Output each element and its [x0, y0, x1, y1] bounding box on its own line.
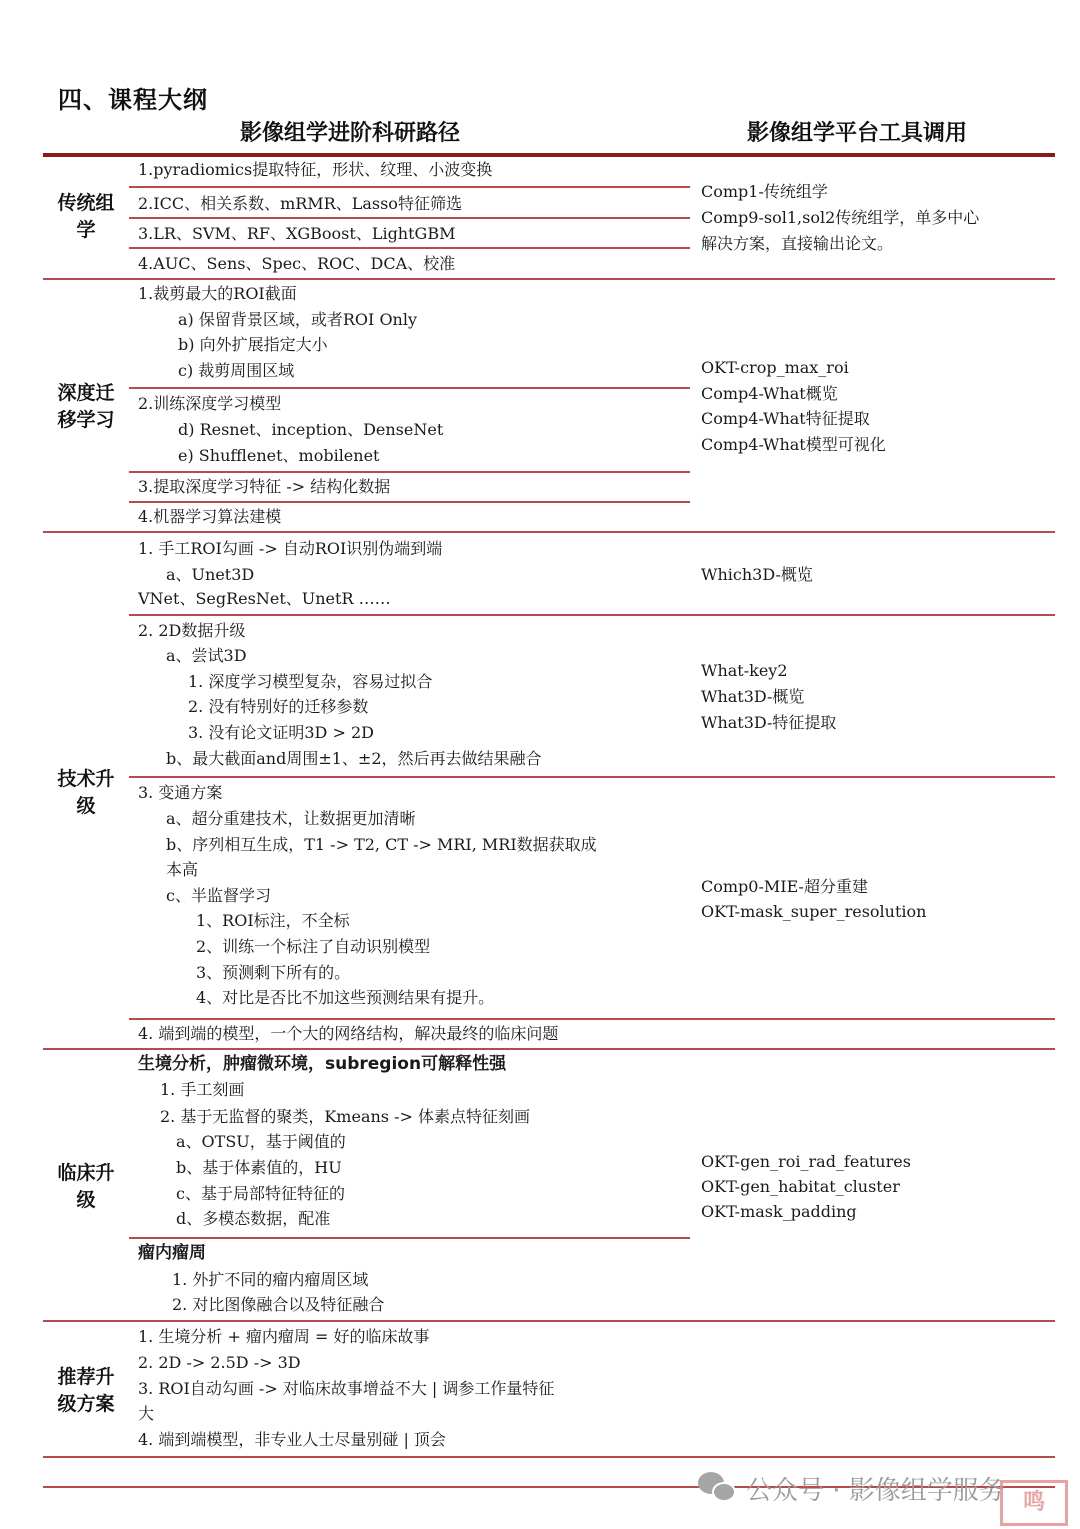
section-divider	[43, 1320, 1055, 1322]
category-label-line: 移学习	[43, 407, 129, 434]
category-recommended-upgrade: 推荐升 级方案	[43, 1364, 129, 1418]
outline-subitem: VNet、SegResNet、UnetR ……	[138, 589, 391, 609]
watermark-text: 公众号 · 影像组学服务	[746, 1470, 1005, 1507]
outline-item: 3. 变通方案	[138, 783, 222, 803]
outline-heading: 瘤内瘤周	[138, 1243, 206, 1263]
seal-stamp: 鸣	[1000, 1480, 1068, 1526]
section-divider	[43, 1048, 1055, 1050]
outline-subitem: 3、预测剩下所有的。	[196, 963, 350, 983]
outline-subitem: b、最大截面and周围±1、±2，然后再去做结果融合	[166, 749, 542, 769]
outline-item: 2. 基于无监督的聚类，Kmeans -> 体素点特征刻画	[160, 1107, 530, 1127]
outline-subitem: a、Unet3D	[166, 565, 254, 585]
category-label-line: 临床升	[43, 1160, 129, 1187]
tool-item: 解决方案，直接输出论文。	[701, 234, 893, 254]
outline-item: 1.裁剪最大的ROI截面	[138, 284, 297, 304]
category-label-line: 深度迁	[43, 380, 129, 407]
category-label-line: 级方案	[43, 1391, 129, 1418]
outline-subitem: 2、训练一个标注了自动识别模型	[196, 937, 430, 957]
category-technical-upgrade: 技术升 级	[43, 766, 129, 820]
tool-item: What-key2	[701, 661, 788, 681]
outline-subitem: a、超分重建技术，让数据更加清晰	[166, 809, 416, 829]
wechat-icon	[698, 1472, 738, 1506]
tool-item: Comp9-sol1,sol2传统组学，单多中心	[701, 208, 979, 228]
outline-subitem: e) Shufflenet、mobilenet	[178, 446, 379, 466]
tool-item: What3D-特征提取	[701, 713, 836, 733]
tool-item: OKT-mask_padding	[701, 1202, 857, 1222]
outline-subitem: a、OTSU，基于阈值的	[176, 1132, 346, 1152]
row-divider	[129, 776, 1055, 778]
outline-item: 4.机器学习算法建模	[138, 507, 281, 527]
outline-item: 3. ROI自动勾画 -> 对临床故事增益不大 | 调参工作量特征	[138, 1379, 554, 1399]
row-divider	[129, 471, 690, 473]
category-label-line: 推荐升	[43, 1364, 129, 1391]
section-divider	[43, 278, 1055, 280]
tool-item: OKT-crop_max_roi	[701, 358, 849, 378]
outline-heading: 生境分析，肿瘤微环境，subregion可解释性强	[138, 1054, 506, 1074]
outline-item: 2. 2D数据升级	[138, 621, 245, 641]
category-label-line: 传统组	[43, 190, 129, 217]
row-divider	[129, 387, 690, 389]
row-divider	[129, 247, 690, 249]
outline-subitem: 2. 没有特别好的迁移参数	[188, 697, 368, 717]
tool-item: Comp1-传统组学	[701, 182, 828, 202]
outline-subitem: 3. 没有论文证明3D > 2D	[188, 723, 374, 743]
tool-item: Which3D-概览	[701, 565, 813, 585]
column-header-platform-tools: 影像组学平台工具调用	[747, 116, 967, 147]
outline-subitem: b、序列相互生成，T1 -> T2, CT -> MRI, MRI数据获取成	[166, 835, 597, 855]
category-label-line: 学	[43, 217, 129, 244]
tool-item: Comp0-MIE-超分重建	[701, 877, 868, 897]
outline-subitem: a、尝试3D	[166, 646, 247, 666]
outline-subitem: a) 保留背景区域，或者ROI Only	[178, 310, 417, 330]
category-deep-transfer-learning: 深度迁 移学习	[43, 380, 129, 434]
tool-item: What3D-概览	[701, 687, 804, 707]
section-divider	[43, 531, 1055, 533]
outline-subitem: 1. 深度学习模型复杂，容易过拟合	[188, 672, 432, 692]
section-divider	[43, 1456, 1055, 1458]
outline-item: 1. 生境分析 + 瘤内瘤周 = 好的临床故事	[138, 1327, 430, 1347]
outline-item: 3.提取深度学习特征 -> 结构化数据	[138, 477, 390, 497]
category-clinical-upgrade: 临床升 级	[43, 1160, 129, 1214]
tool-item: OKT-gen_habitat_cluster	[701, 1177, 900, 1197]
column-header-research-path: 影像组学进阶科研路径	[240, 116, 460, 147]
outline-item: 3.LR、SVM、RF、XGBoost、LightGBM	[138, 224, 455, 244]
outline-subitem: d) Resnet、inception、DenseNet	[178, 420, 443, 440]
outline-subitem: 本高	[166, 860, 198, 880]
category-label-line: 技术升	[43, 766, 129, 793]
outline-subitem: b、基于体素值的，HU	[176, 1158, 342, 1178]
outline-item: 2. 对比图像融合以及特征融合	[172, 1295, 384, 1315]
row-divider	[129, 217, 690, 219]
category-label-line: 级	[43, 793, 129, 820]
tool-item: OKT-mask_super_resolution	[701, 902, 926, 922]
outline-item: 1. 外扩不同的瘤内瘤周区域	[172, 1270, 368, 1290]
outline-item: 4. 端到端模型，非专业人士尽量别碰 | 顶会	[138, 1430, 446, 1450]
row-divider	[129, 1018, 1055, 1020]
outline-item: 2.训练深度学习模型	[138, 394, 281, 414]
header-divider	[43, 153, 1055, 157]
outline-subitem: c) 裁剪周围区域	[178, 361, 294, 381]
outline-item: 大	[138, 1404, 154, 1424]
outline-item: 2. 2D -> 2.5D -> 3D	[138, 1353, 301, 1373]
watermark: 公众号 · 影像组学服务	[698, 1470, 1005, 1507]
outline-subitem: b) 向外扩展指定大小	[178, 335, 328, 355]
outline-subitem: 4、对比是否比不加这些预测结果有提升。	[196, 988, 494, 1008]
outline-subitem: c、基于局部特征特征的	[176, 1184, 345, 1204]
row-divider	[129, 614, 1055, 616]
category-traditional-radiomics: 传统组 学	[43, 190, 129, 244]
section-title: 四、课程大纲	[58, 80, 208, 115]
tool-item: OKT-gen_roi_rad_features	[701, 1152, 911, 1172]
row-divider	[129, 1237, 690, 1239]
row-divider	[129, 186, 690, 188]
row-divider	[129, 501, 690, 503]
tool-item: Comp4-What模型可视化	[701, 435, 886, 455]
tool-item: Comp4-What概览	[701, 384, 838, 404]
outline-item: 2.ICC、相关系数、mRMR、Lasso特征筛选	[138, 194, 462, 214]
category-label-line: 级	[43, 1187, 129, 1214]
outline-item: 1. 手工刻画	[160, 1080, 244, 1100]
outline-item: 1.pyradiomics提取特征，形状、纹理、小波变换	[138, 160, 492, 180]
outline-subitem: 1、ROI标注，不全标	[196, 911, 350, 931]
outline-item: 4.AUC、Sens、Spec、ROC、DCA、校准	[138, 254, 455, 274]
outline-subitem: d、多模态数据，配准	[176, 1209, 330, 1229]
tool-item: Comp4-What特征提取	[701, 409, 870, 429]
outline-item: 4. 端到端的模型，一个大的网络结构，解决最终的临床问题	[138, 1024, 558, 1044]
outline-item: 1. 手工ROI勾画 -> 自动ROI识别伪端到端	[138, 539, 442, 559]
outline-subitem: c、半监督学习	[166, 886, 271, 906]
